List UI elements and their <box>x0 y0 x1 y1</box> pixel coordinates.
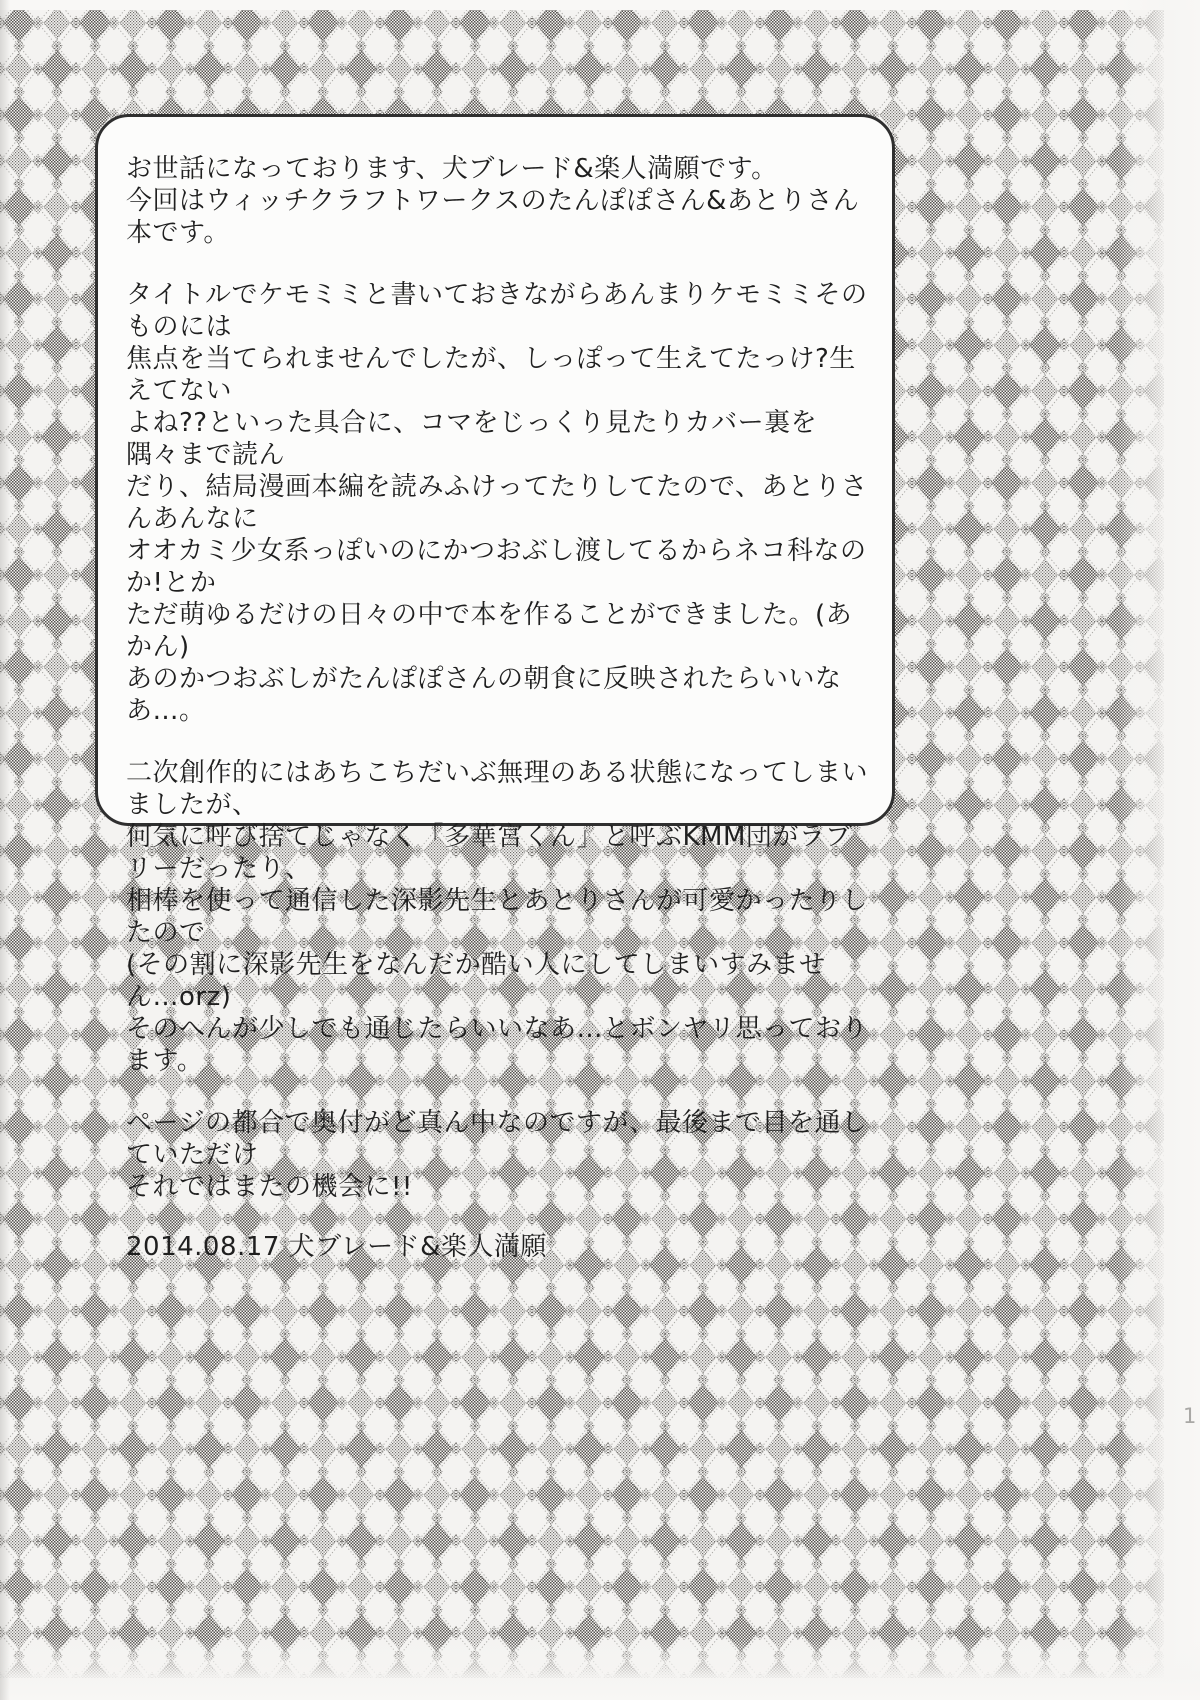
afterword-paragraph-derivative: 二次創作的にはあちこちだいぶ無理のある状態になってしまいましたが、 何気に呼び捨… <box>126 757 870 1077</box>
afterword-box: お世話になっております、犬ブレード&楽人満願です。 今回はウィッチクラフトワーク… <box>95 114 895 826</box>
afterword-signature: 2014.08.17 犬ブレード&楽人満願 <box>126 1231 870 1263</box>
afterword-paragraph-closing: ページの都合で奥付がど真ん中なのですが、最後まで目を通していただけ それではまた… <box>126 1107 870 1203</box>
afterword-paragraph-kemomimi: タイトルでケモミミと書いておきながらあんまりケモミミそのものには 焦点を当てられ… <box>126 279 870 727</box>
afterword-paragraph-greeting: お世話になっております、犬ブレード&楽人満願です。 今回はウィッチクラフトワーク… <box>126 153 870 249</box>
page-number: 1 <box>1183 1406 1196 1427</box>
